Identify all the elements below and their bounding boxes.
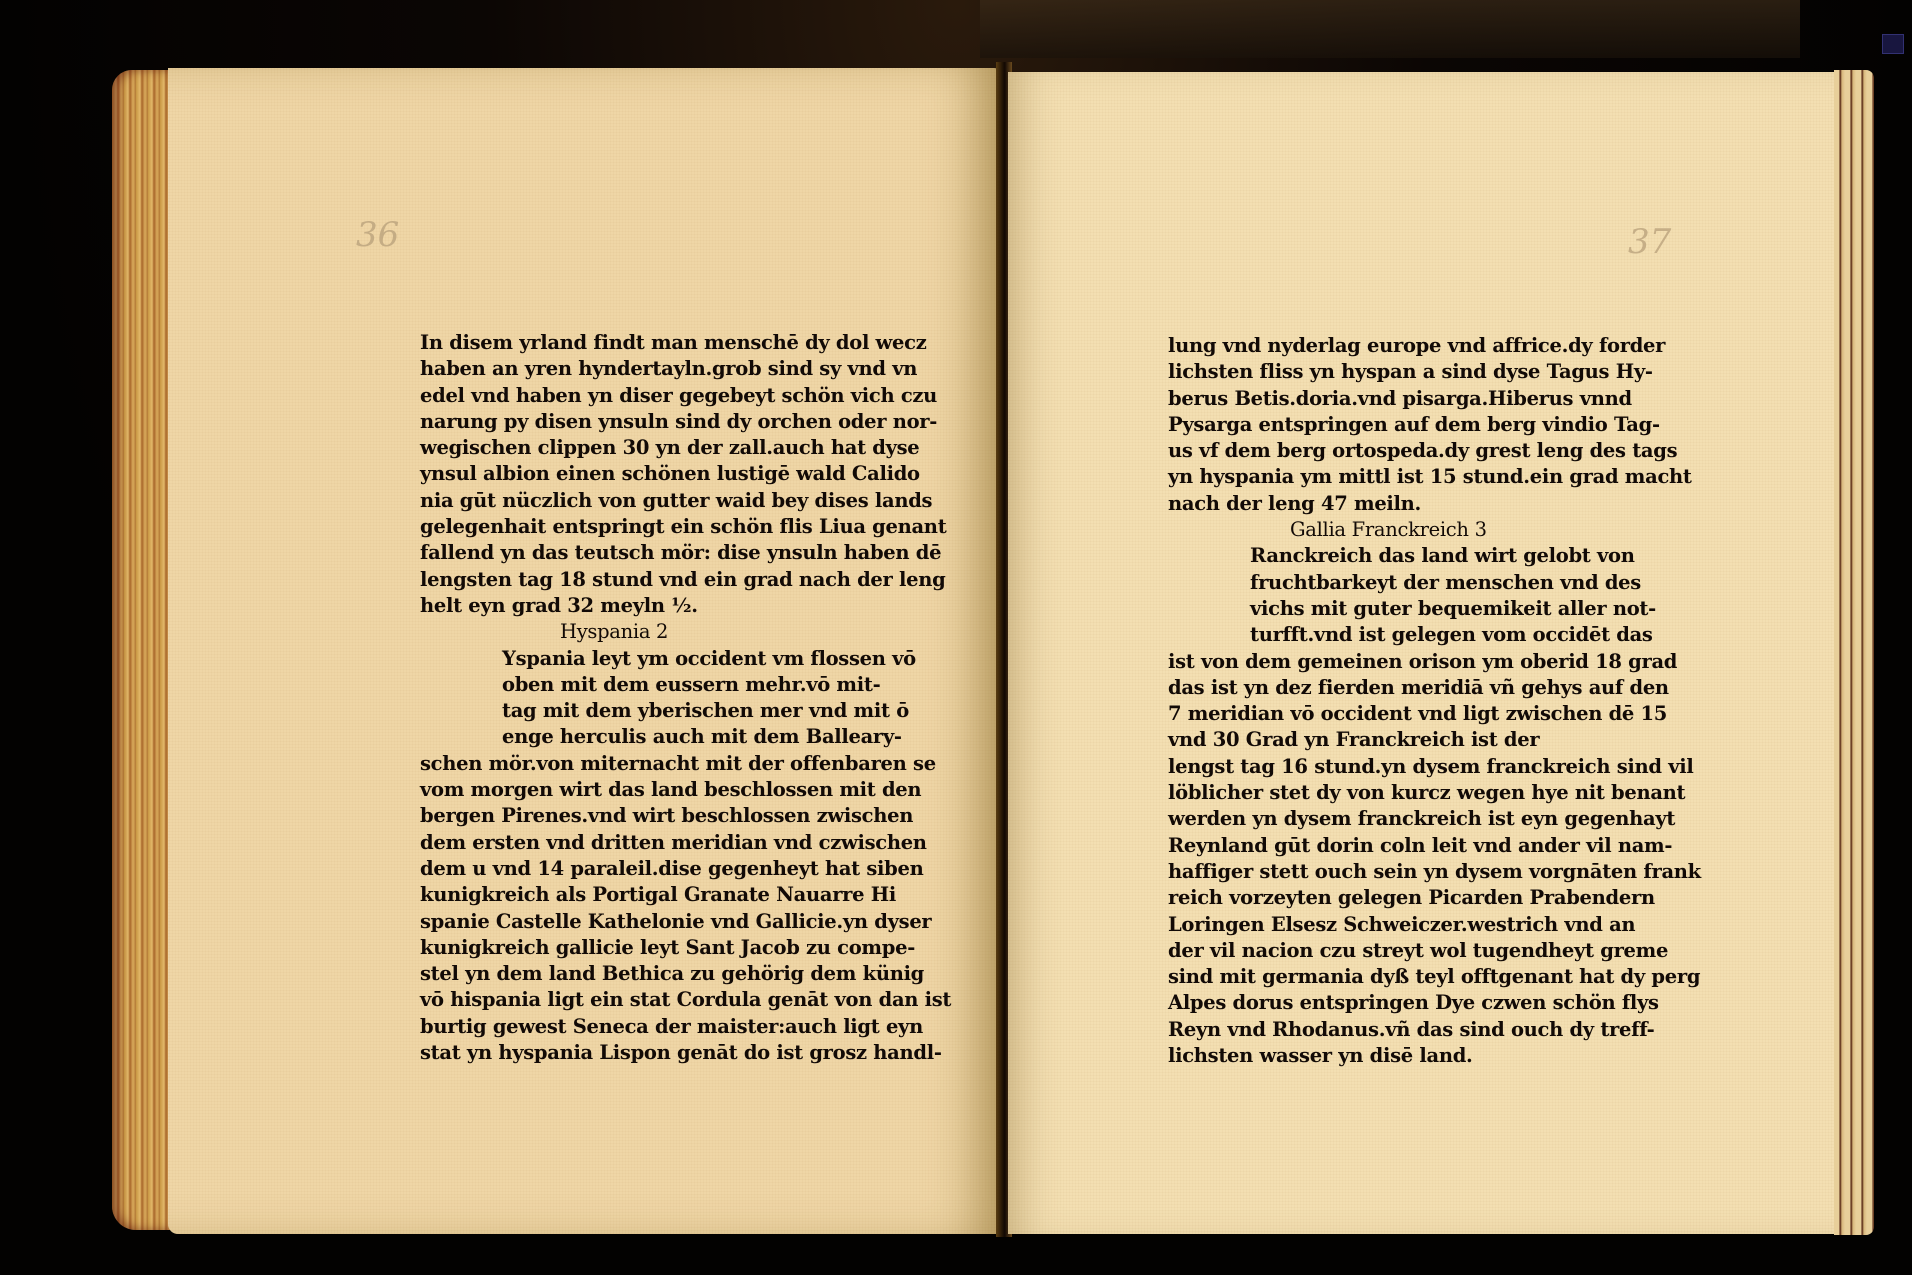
text-line: lengst tag 16 stund.yn dysem franckreich… [1168, 754, 1598, 780]
text-line: helt eyn grad 32 meyln ½. [420, 593, 840, 619]
text-line: Pysarga entspringen auf dem berg vindio … [1168, 412, 1598, 438]
text-line: gelegenhait entspringt ein schön flis Li… [420, 514, 840, 540]
text-line: nach der leng 47 meiln. [1168, 491, 1598, 517]
text-line: ynsul albion einen schönen lustigē wald … [420, 461, 840, 487]
text-line: vom morgen wirt das land beschlossen mit… [420, 777, 840, 803]
text-line: dem u vnd 14 paraleil.dise gegenheyt hat… [420, 856, 840, 882]
text-line: fruchtbarkeyt der menschen vnd des [1168, 570, 1598, 596]
text-line: haffiger stett ouch sein yn dysem vorgnā… [1168, 859, 1598, 885]
text-line: turfft.vnd ist gelegen vom occidēt das [1168, 622, 1598, 648]
text-line: ist von dem gemeinen orison ym oberid 18… [1168, 649, 1598, 675]
text-line: In disem yrland findt man menschē dy dol… [420, 330, 840, 356]
text-line: burtig gewest Seneca der maister:auch li… [420, 1014, 840, 1040]
text-line: Reynland gūt dorin coln leit vnd ander v… [1168, 833, 1598, 859]
text-line: nia gūt nüczlich von gutter waid bey dis… [420, 488, 840, 514]
text-line: Ranckreich das land wirt gelobt von [1168, 543, 1598, 569]
text-line: dem ersten vnd dritten meridian vnd czwi… [420, 830, 840, 856]
text-line: vnd 30 Grad yn Franckreich ist der [1168, 727, 1598, 753]
text-line: haben an yren hyndertayln.grob sind sy v… [420, 356, 840, 382]
text-line: wegischen clippen 30 yn der zall.auch ha… [420, 435, 840, 461]
left-page-edges [112, 70, 174, 1230]
text-line: das ist yn dez fierden meridiā vñ gehys … [1168, 675, 1598, 701]
folio-number-right: 37 [1628, 222, 1671, 262]
background-shelf [980, 0, 1800, 58]
text-line: oben mit dem eussern mehr.vō mit- [420, 672, 840, 698]
text-line: narung py disen ynsuln sind dy orchen od… [420, 409, 840, 435]
left-text-block: In disem yrland findt man menschē dy dol… [420, 330, 840, 1066]
text-line: sind mit germania dyß teyl offtgenant ha… [1168, 964, 1598, 990]
text-line: werden yn dysem franckreich ist eyn gege… [1168, 806, 1598, 832]
text-line: enge herculis auch mit dem Balleary- [420, 724, 840, 750]
text-line: us vf dem berg ortospeda.dy grest leng d… [1168, 438, 1598, 464]
section-heading: Hyspania 2 [420, 619, 840, 645]
text-line: der vil nacion czu streyt wol tugendheyt… [1168, 938, 1598, 964]
folio-number-left: 36 [356, 215, 399, 255]
text-line: Reyn vnd Rhodanus.vñ das sind ouch dy tr… [1168, 1017, 1598, 1043]
text-line: spanie Castelle Kathelonie vnd Gallicie.… [420, 909, 840, 935]
text-line: fallend yn das teutsch mör: dise ynsuln … [420, 540, 840, 566]
right-text-block: lung vnd nyderlag europe vnd affrice.dy … [1168, 333, 1598, 1069]
text-line: 7 meridian vō occident vnd ligt zwischen… [1168, 701, 1598, 727]
text-line: berus Betis.doria.vnd pisarga.Hiberus vn… [1168, 386, 1598, 412]
corner-color-marker [1882, 34, 1904, 54]
text-line: stat yn hyspania Lispon genāt do ist gro… [420, 1040, 840, 1066]
text-line: lichsten wasser yn disē land. [1168, 1043, 1598, 1069]
text-line: reich vorzeyten gelegen Picarden Prabend… [1168, 885, 1598, 911]
text-line: Alpes dorus entspringen Dye czwen schön … [1168, 990, 1598, 1016]
text-line: vō hispania ligt ein stat Cordula genāt … [420, 987, 840, 1013]
text-line: Loringen Elsesz Schweiczer.westrich vnd … [1168, 912, 1598, 938]
section-heading: Gallia Franckreich 3 [1168, 517, 1598, 543]
book-photograph: 36 37 In disem yrland findt man menschē … [0, 0, 1912, 1275]
text-line: Yspania leyt ym occident vm flossen vō [420, 646, 840, 672]
right-page-edges [1834, 70, 1874, 1235]
text-line: tag mit dem yberischen mer vnd mit ō [420, 698, 840, 724]
text-line: edel vnd haben yn diser gegebeyt schön v… [420, 383, 840, 409]
text-line: lengsten tag 18 stund vnd ein grad nach … [420, 567, 840, 593]
text-line: löblicher stet dy von kurcz wegen hye ni… [1168, 780, 1598, 806]
text-line: bergen Pirenes.vnd wirt beschlossen zwis… [420, 803, 840, 829]
text-line: stel yn dem land Bethica zu gehörig dem … [420, 961, 840, 987]
text-line: schen mör.von miternacht mit der offenba… [420, 751, 840, 777]
text-line: kunigkreich gallicie leyt Sant Jacob zu … [420, 935, 840, 961]
text-line: yn hyspania ym mittl ist 15 stund.ein gr… [1168, 464, 1598, 490]
text-line: lung vnd nyderlag europe vnd affrice.dy … [1168, 333, 1598, 359]
text-line: kunigkreich als Portigal Granate Nauarre… [420, 882, 840, 908]
text-line: vichs mit guter bequemikeit aller not- [1168, 596, 1598, 622]
text-line: lichsten fliss yn hyspan a sind dyse Tag… [1168, 359, 1598, 385]
